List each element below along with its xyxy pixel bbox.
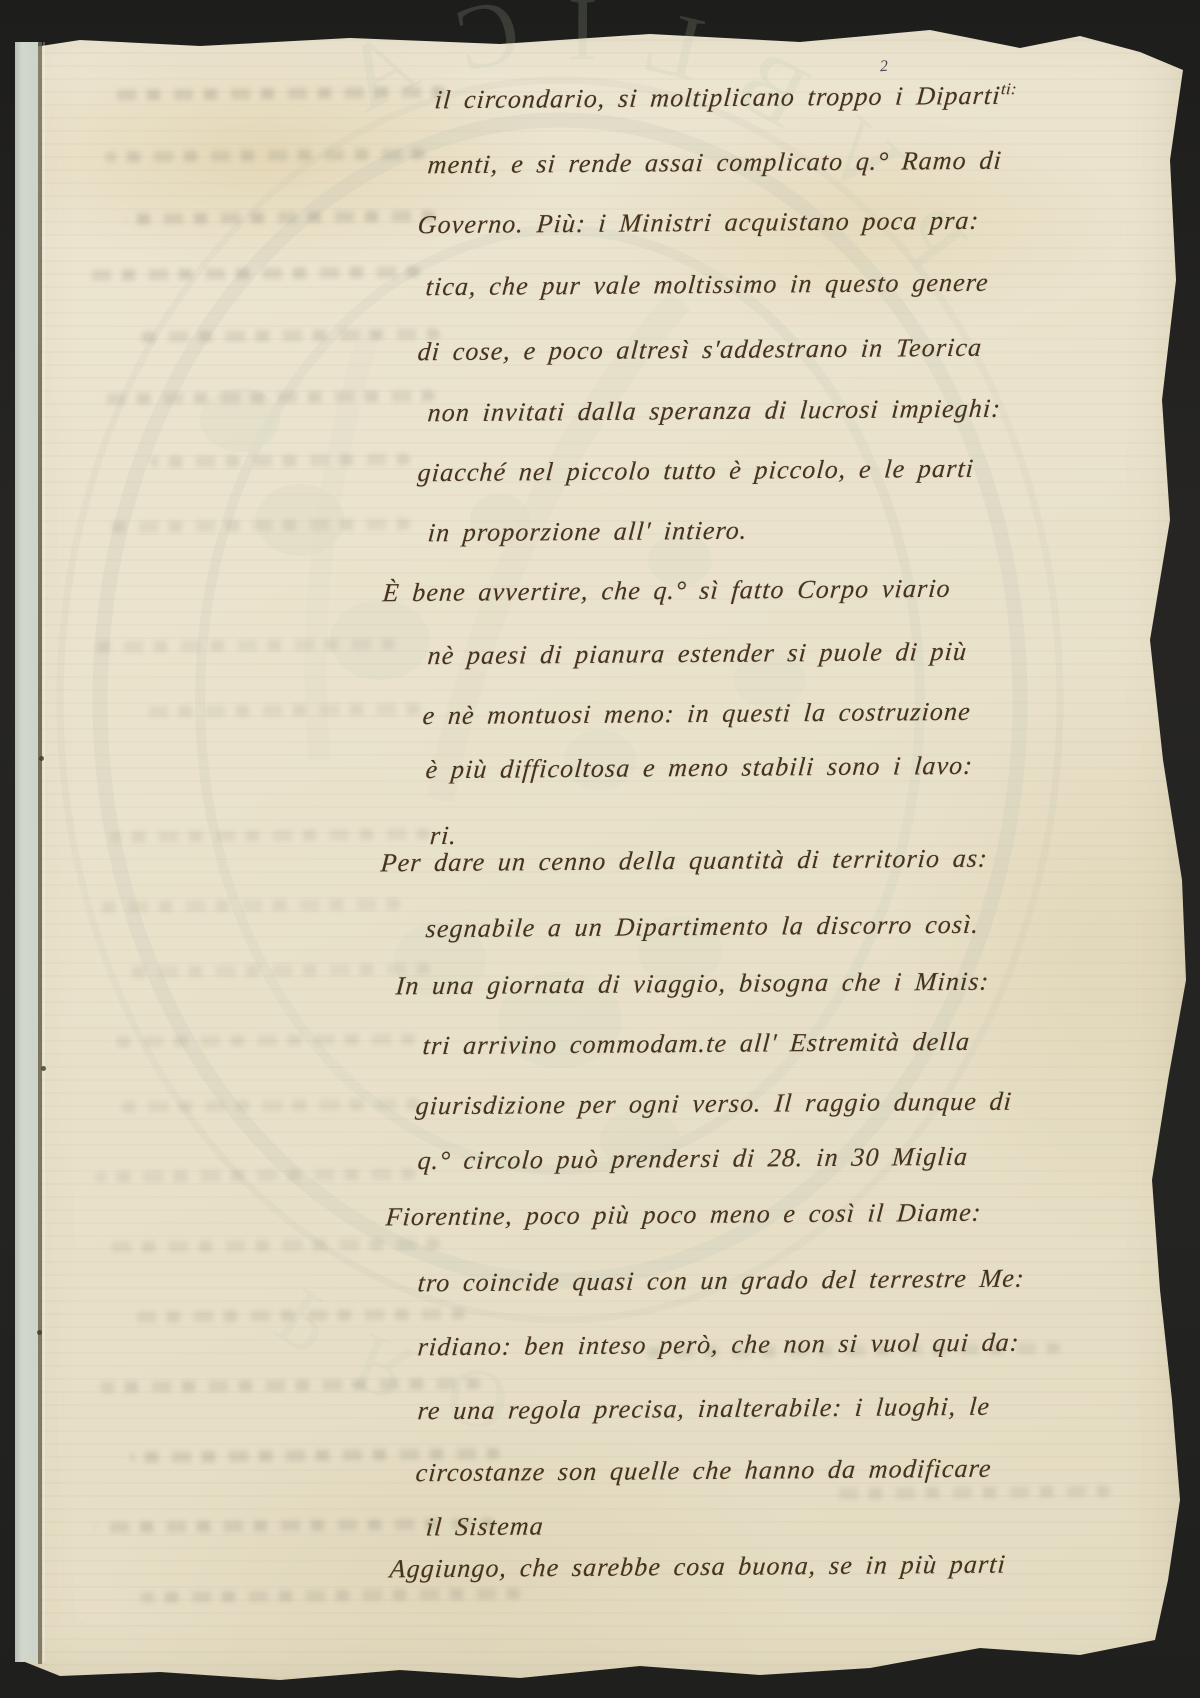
manuscript-line: tica, che pur vale moltissimo in questo … (425, 268, 990, 302)
facing-page-edge (15, 42, 38, 1662)
manuscript-line: di cose, e poco altresì s'addestrano in … (417, 333, 984, 367)
manuscript-line: segnabile a un Dipartimento la discorro … (425, 910, 981, 944)
ink-speck (39, 756, 44, 761)
scan-background: PVBLICA PRO 2 il circondario, si moltipl… (0, 0, 1200, 1698)
manuscript-line: Governo. Più: i Ministri acquistano poca… (417, 206, 981, 240)
manuscript-line: in proporzione all' intiero. (427, 516, 749, 549)
manuscript-line: non invitati dalla speranza di lucrosi i… (427, 394, 1003, 428)
manuscript-line: Per dare un cenno della quantità di terr… (380, 844, 990, 879)
line-superscript: ti: (1000, 81, 1017, 98)
ink-speck (41, 1066, 46, 1071)
manuscript-line: menti, e si rende assai complicato q.° R… (427, 146, 1004, 181)
manuscript-line: Fiorentine, poco più poco meno e così il… (385, 1198, 983, 1233)
manuscript-line: q.° circolo può prendersi di 28. in 30 M… (417, 1142, 970, 1176)
manuscript-line: tro coincide quasi con un grado del terr… (417, 1264, 1026, 1299)
manuscript-line: re una regola precisa, inalterabile: i l… (417, 1392, 992, 1426)
manuscript-line: e nè montuosi meno: in questi la costruz… (422, 697, 972, 731)
manuscript-line: nè paesi di pianura estender si puole di… (427, 637, 969, 671)
manuscript-line: È bene avvertire, che q.° sì fatto Corpo… (382, 574, 952, 608)
fold-highlight (43, 42, 45, 1662)
manuscript-line: giurisdizione per ogni verso. Il raggio … (415, 1087, 1014, 1122)
ink-speck (37, 1330, 42, 1335)
manuscript-line: In una giornata di viaggio, bisogna che … (395, 967, 991, 1002)
manuscript-line: ri. (429, 821, 459, 851)
manuscript-line: circostanze son quelle che hanno da modi… (415, 1454, 993, 1489)
manuscript-line: Aggiungo, che sarebbe cosa buona, se in … (389, 1550, 1008, 1585)
manuscript-line: tri arrivino commodam.te all' Estremità … (422, 1027, 972, 1061)
manuscript-line: è più difficoltosa e meno stabili sono i… (425, 751, 975, 785)
manuscript-line: ridiano: ben inteso però, che non si vuo… (417, 1328, 1021, 1363)
binding-fold-line (38, 42, 42, 1664)
manuscript-line: il Sistema (425, 1512, 545, 1543)
page-number: 2 (879, 58, 888, 77)
manuscript-line: il circondario, si moltiplicano troppo i… (434, 81, 1018, 116)
manuscript-line: giacché nel piccolo tutto è piccolo, e l… (417, 454, 976, 488)
